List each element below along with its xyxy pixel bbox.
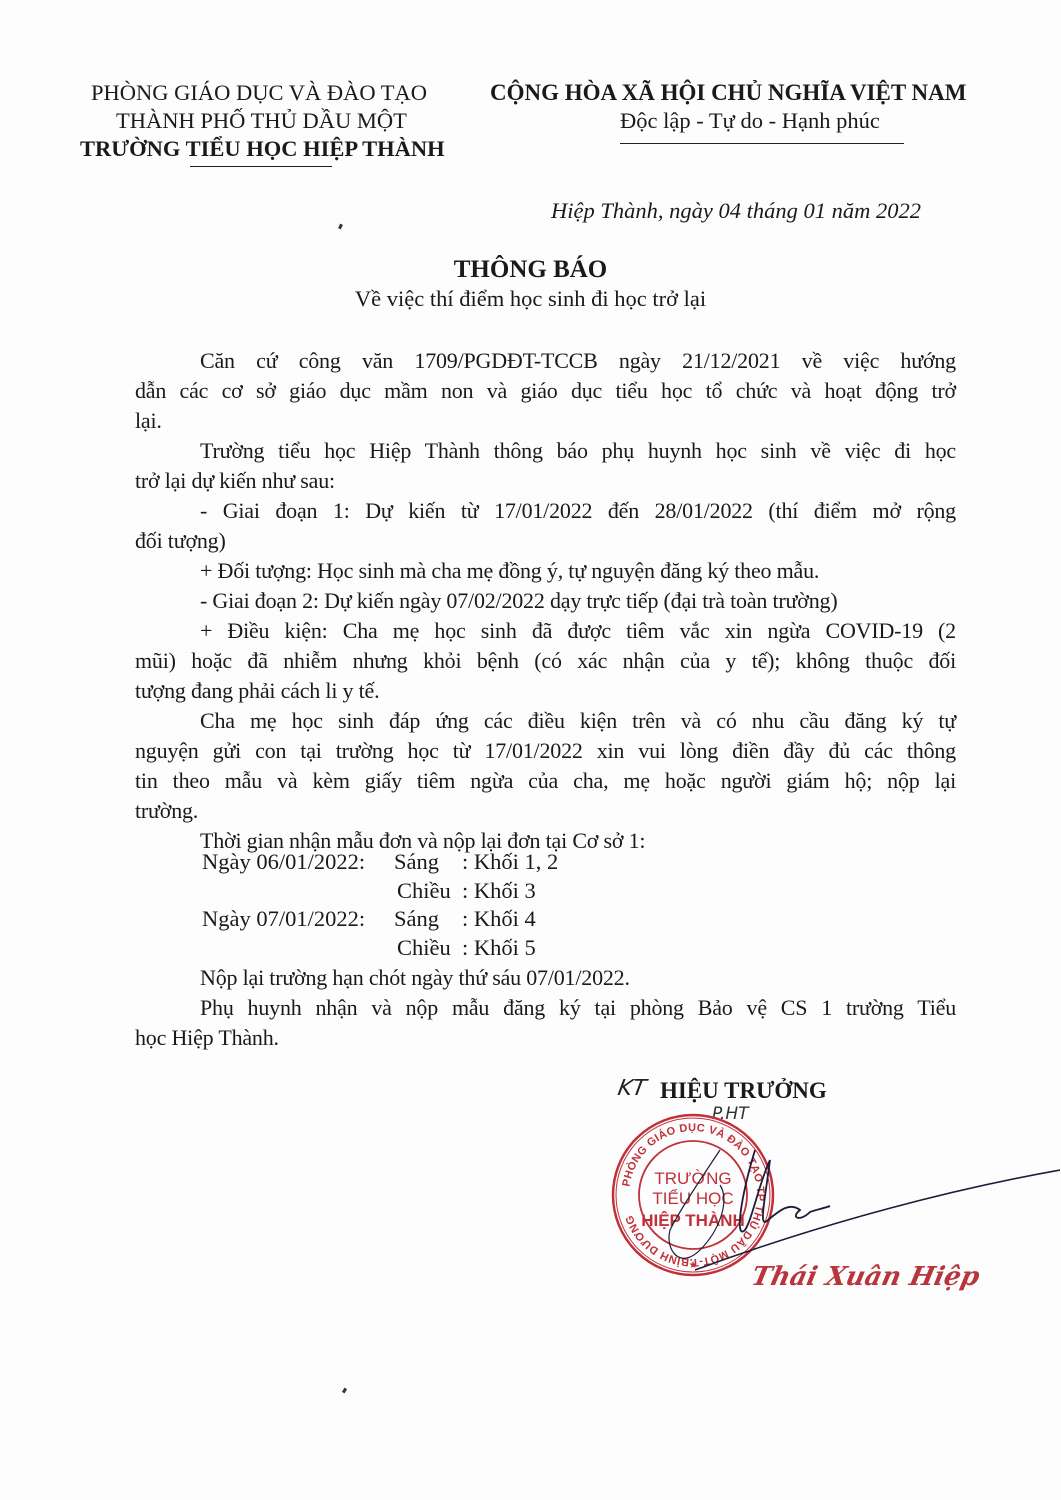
schedule-session: Chiều bbox=[397, 935, 451, 961]
schedule-session: Chiều bbox=[397, 878, 451, 904]
body-line: Trường tiểu học Hiệp Thành thông báo phụ… bbox=[200, 436, 956, 465]
document-subtitle: Về việc thí điểm học sinh đi học trở lại bbox=[0, 286, 1061, 312]
schedule-grade: : Khối 5 bbox=[462, 935, 536, 961]
schedule-session: Sáng bbox=[394, 849, 439, 875]
scan-mark bbox=[338, 224, 343, 230]
issuer-city: THÀNH PHỐ THỦ DẦU MỘT bbox=[116, 108, 407, 134]
body-line: mũi) hoặc đã nhiễm nhưng khỏi bệnh (có x… bbox=[135, 646, 956, 675]
body-line: lại. bbox=[135, 406, 162, 435]
body-line: trường. bbox=[135, 796, 198, 825]
body-line: Phụ huynh nhận và nộp mẫu đăng ký tại ph… bbox=[200, 993, 956, 1022]
body-line: dẫn các cơ sở giáo dục mầm non và giáo d… bbox=[135, 376, 956, 405]
schedule-date: Ngày 06/01/2022: bbox=[202, 849, 365, 875]
signer-name: Thái Xuân Hiệp bbox=[749, 1262, 982, 1292]
body-line: trở lại dự kiến như sau: bbox=[135, 466, 335, 495]
schedule-grade: : Khối 1, 2 bbox=[462, 849, 558, 875]
body-line: + Điều kiện: Cha mẹ học sinh đã được tiê… bbox=[200, 616, 956, 645]
signer-role: HIỆU TRƯỞNG bbox=[660, 1078, 827, 1104]
body-line: Cha mẹ học sinh đáp ứng các điều kiện tr… bbox=[200, 706, 956, 735]
schedule-date: Ngày 07/01/2022: bbox=[202, 906, 365, 932]
deadline: Nộp lại trường hạn chót ngày thứ sáu 07/… bbox=[200, 963, 630, 992]
body-line: + Đối tượng: Học sinh mà cha mẹ đồng ý, … bbox=[200, 556, 819, 585]
body-line: Căn cứ công văn 1709/PGDĐT-TCCB ngày 21/… bbox=[200, 346, 956, 375]
body-line: tượng đang phải cách li y tế. bbox=[135, 676, 379, 705]
body-line: đối tượng) bbox=[135, 526, 226, 555]
body-line: nguyện gửi con tại trường học từ 17/01/2… bbox=[135, 736, 956, 765]
schedule-session: Sáng bbox=[394, 906, 439, 932]
issuer-underline bbox=[190, 166, 332, 167]
body-line: tin theo mẫu và kèm giấy tiêm ngừa của c… bbox=[135, 766, 956, 795]
motto-underline bbox=[620, 143, 904, 144]
body-line: - Giai đoạn 1: Dự kiến từ 17/01/2022 đến… bbox=[200, 496, 956, 525]
body-line: học Hiệp Thành. bbox=[135, 1023, 279, 1052]
document-title: THÔNG BÁO bbox=[0, 256, 1061, 284]
body-line: - Giai đoạn 2: Dự kiến ngày 07/02/2022 d… bbox=[200, 586, 837, 615]
handwritten-kt: KT bbox=[616, 1076, 648, 1101]
national-title: CỘNG HÒA XÃ HỘI CHỦ NGHĨA VIỆT NAM bbox=[490, 80, 966, 106]
schedule-grade: : Khối 4 bbox=[462, 906, 536, 932]
national-motto: Độc lập - Tự do - Hạnh phúc bbox=[620, 108, 880, 134]
schedule-grade: : Khối 3 bbox=[462, 878, 536, 904]
issuer-school: TRƯỜNG TIỂU HỌC HIỆP THÀNH bbox=[80, 136, 445, 162]
scan-mark bbox=[342, 1388, 347, 1394]
place-date: Hiệp Thành, ngày 04 tháng 01 năm 2022 bbox=[551, 198, 921, 224]
issuer-department: PHÒNG GIÁO DỤC VÀ ĐÀO TẠO bbox=[91, 80, 427, 106]
